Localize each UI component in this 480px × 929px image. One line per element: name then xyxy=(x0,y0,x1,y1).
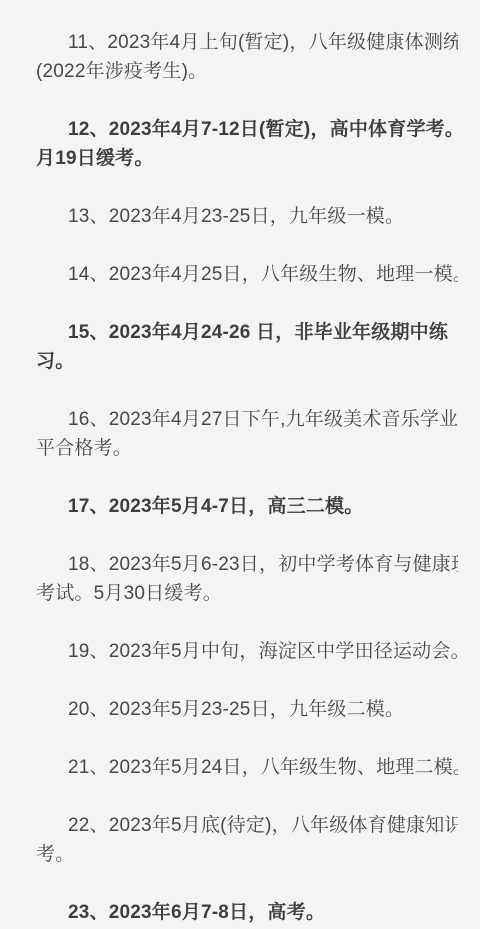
schedule-item-18: 18、2023年5月6-23日，初中学考体育与健康现场 考试。5月30日缓考。 xyxy=(36,550,458,608)
schedule-item-11: 11、2023年4月上旬(暂定)，八年级健康体测统测 (2022年涉疫考生)。 xyxy=(36,28,458,86)
article-body: 11、2023年4月上旬(暂定)，八年级健康体测统测 (2022年涉疫考生)。 … xyxy=(0,0,480,929)
schedule-item-line: 21、2023年5月24日，八年级生物、地理二模。 xyxy=(36,753,458,782)
schedule-item-line: 18、2023年5月6-23日，初中学考体育与健康现场 xyxy=(36,550,458,579)
schedule-item-14: 14、2023年4月25日，八年级生物、地理一模。 xyxy=(36,260,458,289)
schedule-item-line: 平合格考。 xyxy=(36,434,458,463)
schedule-item-20: 20、2023年5月23-25日，九年级二模。 xyxy=(36,695,458,724)
schedule-item-17: 17、2023年5月4-7日，高三二模。 xyxy=(36,492,458,521)
schedule-item-line: 20、2023年5月23-25日，九年级二模。 xyxy=(36,695,458,724)
schedule-item-line: 12、2023年4月7-12日(暂定)，高中体育学考。4 xyxy=(36,115,458,144)
schedule-item-line: 13、2023年4月23-25日，九年级一模。 xyxy=(36,202,458,231)
schedule-item-line: 17、2023年5月4-7日，高三二模。 xyxy=(36,492,458,521)
schedule-item-line: 月19日缓考。 xyxy=(36,144,458,173)
schedule-item-15: 15、2023年4月24-26 日，非毕业年级期中练 习。 xyxy=(36,318,458,376)
schedule-item-23: 23、2023年6月7-8日，高考。 xyxy=(36,898,458,927)
schedule-item-line: 11、2023年4月上旬(暂定)，八年级健康体测统测 xyxy=(36,28,458,57)
schedule-item-line: 23、2023年6月7-8日，高考。 xyxy=(36,898,458,927)
schedule-item-line: 22、2023年5月底(待定)，八年级体育健康知识机 xyxy=(36,811,458,840)
schedule-item-line: (2022年涉疫考生)。 xyxy=(36,57,458,86)
schedule-item-13: 13、2023年4月23-25日，九年级一模。 xyxy=(36,202,458,231)
schedule-item-21: 21、2023年5月24日，八年级生物、地理二模。 xyxy=(36,753,458,782)
schedule-item-line: 14、2023年4月25日，八年级生物、地理一模。 xyxy=(36,260,458,289)
schedule-item-12: 12、2023年4月7-12日(暂定)，高中体育学考。4 月19日缓考。 xyxy=(36,115,458,173)
schedule-item-line: 15、2023年4月24-26 日，非毕业年级期中练 xyxy=(36,318,458,347)
schedule-item-19: 19、2023年5月中旬，海淀区中学田径运动会。 xyxy=(36,637,458,666)
schedule-item-line: 考。 xyxy=(36,840,458,869)
schedule-item-line: 16、2023年4月27日下午,九年级美术音乐学业水 xyxy=(36,405,458,434)
schedule-item-line: 习。 xyxy=(36,347,458,376)
schedule-item-16: 16、2023年4月27日下午,九年级美术音乐学业水 平合格考。 xyxy=(36,405,458,463)
schedule-item-line: 19、2023年5月中旬，海淀区中学田径运动会。 xyxy=(36,637,458,666)
schedule-item-22: 22、2023年5月底(待定)，八年级体育健康知识机 考。 xyxy=(36,811,458,869)
schedule-item-line: 考试。5月30日缓考。 xyxy=(36,579,458,608)
